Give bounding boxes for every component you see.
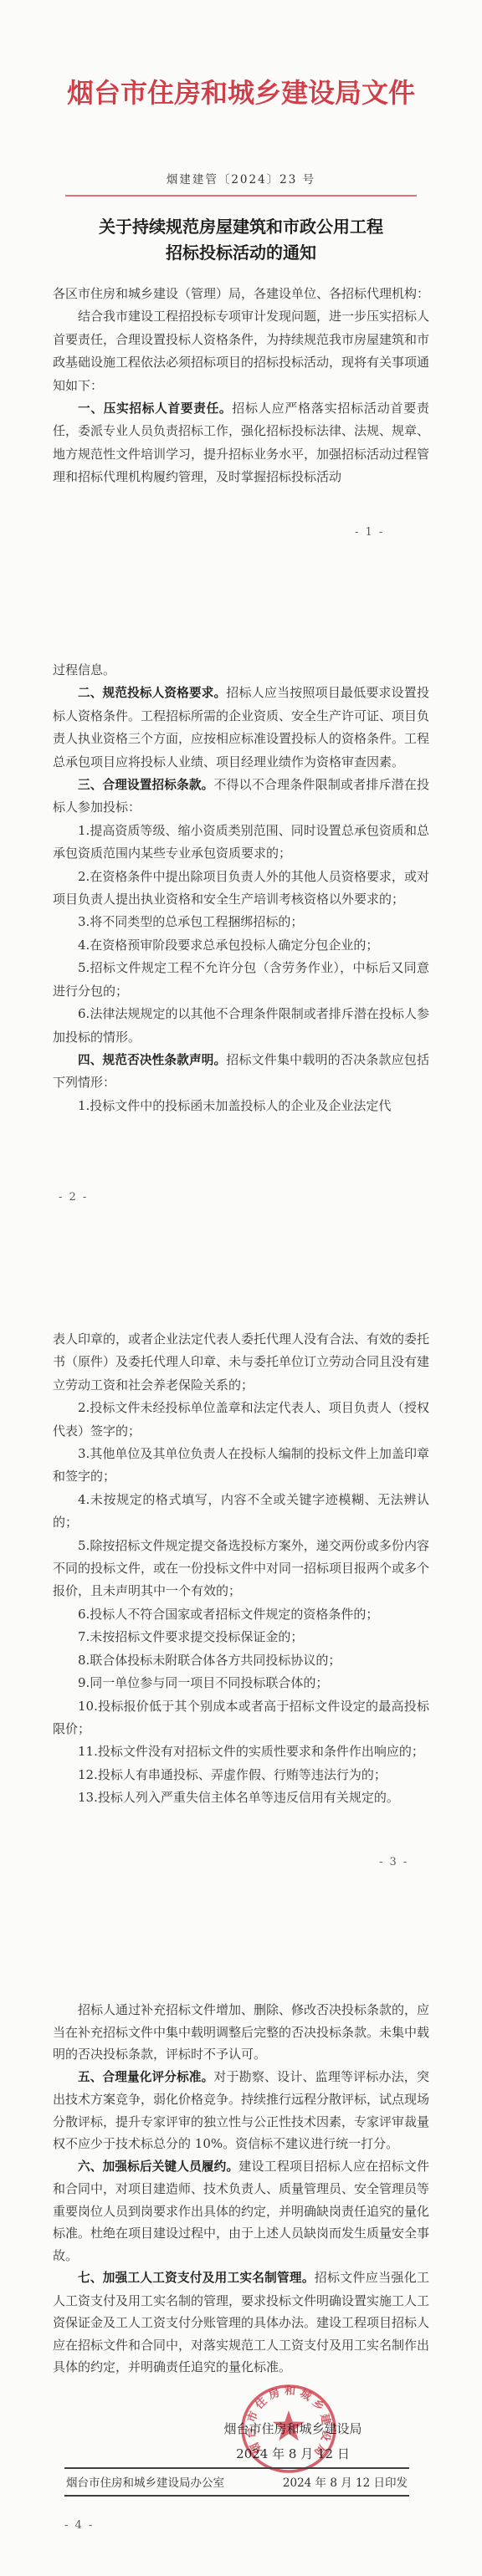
section-4-heading: 四、规范否决性条款声明。: [78, 1053, 226, 1067]
doc-title-line1: 关于持续规范房屋建筑和市政公用工程: [0, 214, 482, 240]
page-number-3: - 3 -: [379, 1856, 408, 1868]
list-item: 1.提高资质等级、缩小资质类别范围、同时设置总承包资质和总承包资质范围内某些专业…: [53, 820, 429, 866]
list-item: 10.投标报价低于其个别成本或者高于招标文件设定的最高投标限价；: [53, 1695, 429, 1741]
list-item: 5.招标文件规定工程不允许分包（含劳务作业），中标后又同意进行分包的；: [53, 957, 429, 1003]
footer-print-date: 2024 年 8 月 12 日印发: [283, 2473, 408, 2490]
salutation: 各区市住房和城乡建设（管理）局，各建设单位、各招标代理机构：: [53, 283, 429, 305]
section-5-heading: 五、合理量化评分标准。: [78, 2070, 213, 2084]
page4-body: 招标人通过补充招标文件增加、删除、修改否决投标条款的，应当在补充招标文件中集中载…: [53, 1999, 429, 2379]
list-item: 8.联合体投标未附联合体各方共同投标协议的；: [53, 1649, 429, 1672]
list-item: 7.未按招标文件要求提交投标保证金的；: [53, 1626, 429, 1648]
star-icon: [273, 2410, 305, 2441]
list-item: 6.投标人不符合国家或者招标文件规定的资格条件的；: [53, 1603, 429, 1626]
agency-header: 烟台市住房和城乡建设局文件: [0, 72, 482, 110]
list-item: 13.投标人列入严重失信主体名单等违反信用有关规定的。: [53, 1786, 429, 1809]
footer-office: 烟台市住房和城乡建设局办公室: [66, 2473, 224, 2490]
section-6: 六、加强标后关键人员履约。建设工程项目招标人应在招标文件和合同中，对项目建造师、…: [53, 2155, 429, 2267]
section-6-heading: 六、加强标后关键人员履约。: [78, 2159, 238, 2174]
section-2-heading: 二、规范投标人资格要求。: [78, 686, 226, 700]
section-5: 五、合理量化评分标准。对于勘察、设计、监理等评标办法，突出技术方案竞争，弱化价格…: [53, 2066, 429, 2155]
list-item: 4.未按规定的格式填写，内容不全或关键字迹模糊、无法辨认的；: [53, 1489, 429, 1535]
section-3-heading: 三、合理设置招标条款。: [78, 778, 213, 792]
list-item: 12.投标人有串通投标、弄虚作假、行贿等违法行为的；: [53, 1764, 429, 1786]
list-item: 3.将不同类型的总承包工程捆绑招标的；: [53, 911, 429, 933]
section-1-heading: 一、压实招标人首要责任。: [78, 401, 232, 416]
list-item: 2.在资格条件中提出除项目负责人外的其他人员资格要求，或对项目负责人提出执业资格…: [53, 866, 429, 912]
doc-number: 烟建建管〔2024〕23 号: [0, 170, 482, 187]
red-separator-rule: [65, 195, 417, 197]
list-item: 2.投标文件未经投标单位盖章和法定代表人、项目负责人（授权代表）签字的；: [53, 1397, 429, 1443]
list-item: 6.法律法规规定的以其他不合理条件限制或者排斥潜在投标人参加投标的情形。: [53, 1003, 429, 1049]
doc-title-line2: 招标投标活动的通知: [0, 240, 482, 266]
section-1: 一、压实招标人首要责任。招标人应严格落实招标活动首要责任，委派专业人员负责招标工…: [53, 397, 429, 489]
section-7-text: 招标文件应当强化工人工资支付及用工实名制的管理，要求投标文件明确设置实施工人工资…: [53, 2270, 429, 2374]
page2-body: 过程信息。 二、规范投标人资格要求。招标人应当按照项目最低要求设置投标人资格条件…: [53, 659, 429, 1117]
list-item: 9.同一单位参与同一项目不同投标联合体的；: [53, 1672, 429, 1694]
list-item: 11.投标文件没有对招标文件的实质性要求和条件作出响应的；: [53, 1740, 429, 1763]
section-7-heading: 七、加强工人工资支付及用工实名制管理。: [78, 2271, 315, 2285]
section-2: 二、规范投标人资格要求。招标人应当按照项目最低要求设置投标人资格条件。工程招标所…: [53, 682, 429, 774]
doc-title: 关于持续规范房屋建筑和市政公用工程 招标投标活动的通知: [0, 214, 482, 266]
page1-body: 各区市住房和城乡建设（管理）局，各建设单位、各招标代理机构： 结合我市建设工程招…: [53, 283, 429, 489]
intro-paragraph: 结合我市建设工程招投标专项审计发现问题，进一步压实招标人首要责任，合理设置投标人…: [53, 305, 429, 397]
official-seal: 烟台市住房和城乡建设局: [238, 2379, 340, 2481]
list-item: 5.除按招标文件规定提交备选投标方案外，递交两份或多份内容不同的投标文件，或在一…: [53, 1535, 429, 1603]
section-6-text: 建设工程项目招标人应在招标文件和合同中，对项目建造师、技术负责人、质量管理员、安…: [53, 2159, 429, 2263]
list-item: 3.其他单位及其单位负责人在投标人编制的投标文件上加盖印章和签字的；: [53, 1443, 429, 1489]
section-3: 三、合理设置招标条款。不得以不合理条件限制或者排斥潜在投标人参加投标：: [53, 774, 429, 820]
list-item: 1.投标文件中的投标函未加盖投标人的企业及企业法定代: [53, 1095, 429, 1117]
footer-imprint: 烟台市住房和城乡建设局办公室 2024 年 8 月 12 日印发: [64, 2467, 409, 2497]
section-7: 七、加强工人工资支付及用工实名制管理。招标文件应当强化工人工资支付及用工实名制的…: [53, 2267, 429, 2379]
list-item: 4.在资格预审阶段要求总承包投标人确定分包企业的；: [53, 934, 429, 957]
continuation-paragraph: 表人印章的，或者企业法定代表人委托代理人没有合法、有效的委托书（原件）及委托代理…: [53, 1328, 429, 1397]
page-number-1: - 1 -: [355, 526, 384, 539]
scanned-document: 烟台市住房和城乡建设局文件 烟建建管〔2024〕23 号 关于持续规范房屋建筑和…: [0, 0, 482, 2576]
page-number-4: - 4 -: [64, 2519, 94, 2532]
page3-body: 表人印章的，或者企业法定代表人委托代理人没有合法、有效的委托书（原件）及委托代理…: [53, 1328, 429, 1810]
section-4: 四、规范否决性条款声明。招标文件集中载明的否决条款应包括下列情形：: [53, 1049, 429, 1095]
continuation-paragraph: 过程信息。: [53, 659, 429, 682]
page-number-2: - 2 -: [59, 1191, 88, 1204]
veto-adjust-paragraph: 招标人通过补充招标文件增加、删除、修改否决投标条款的，应当在补充招标文件中集中载…: [53, 1999, 429, 2066]
